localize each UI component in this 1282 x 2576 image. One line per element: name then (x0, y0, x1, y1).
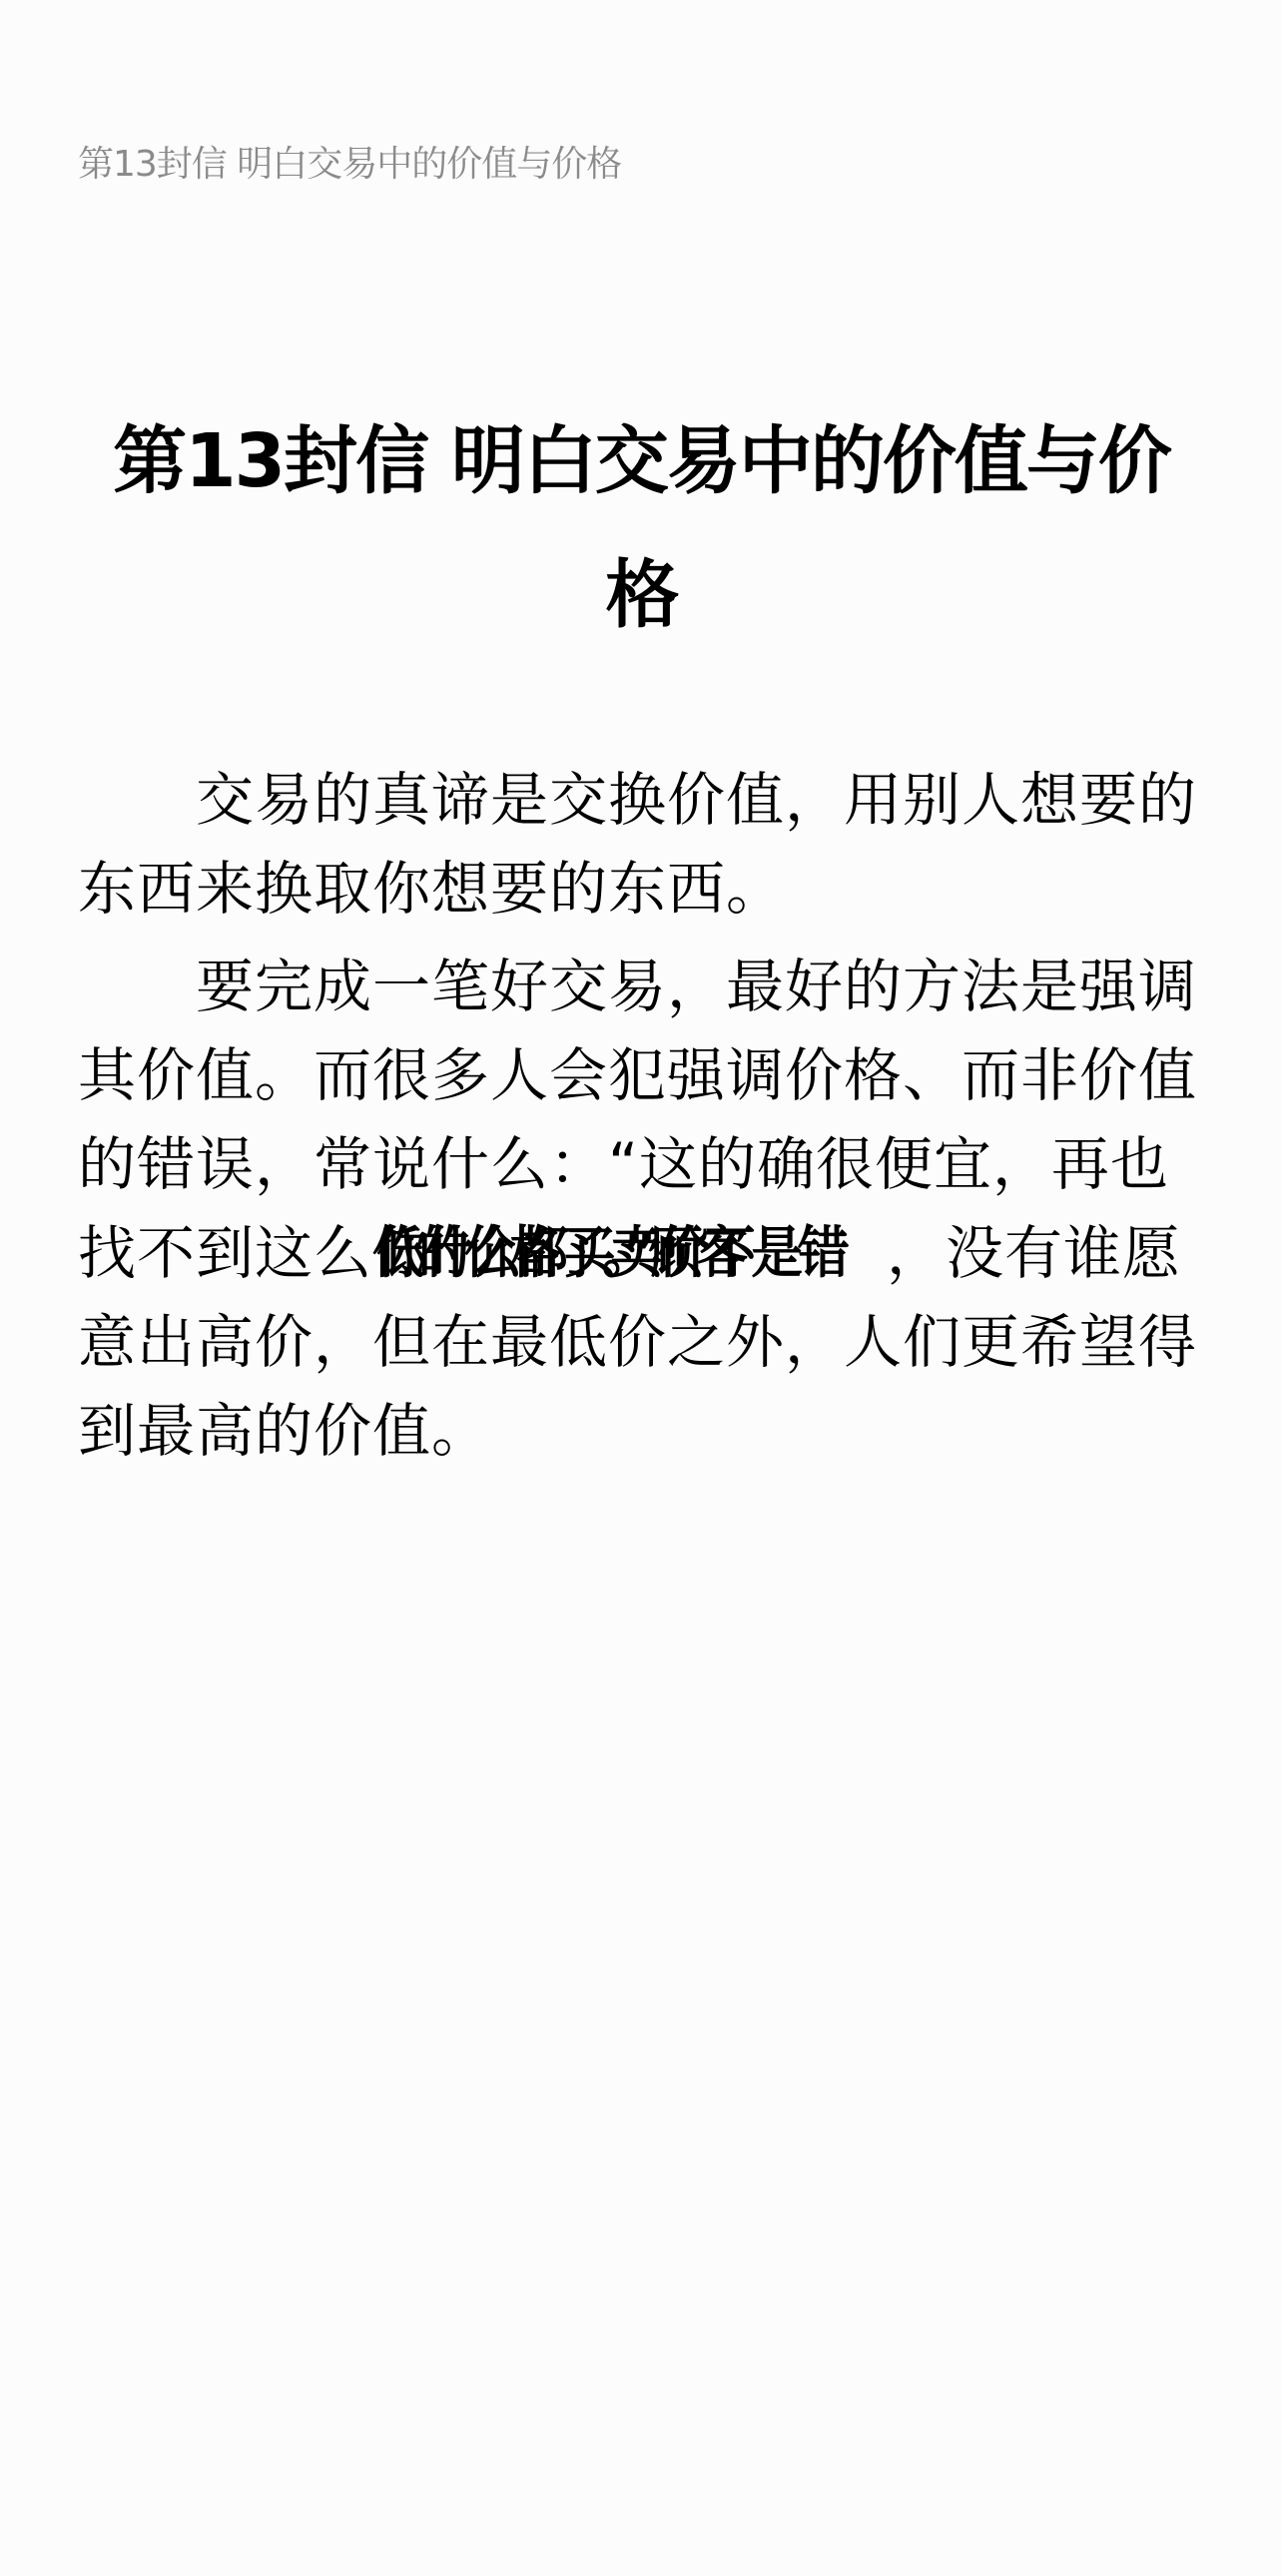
paragraph-1-line-1: 交易的真谛是交换价值，用别人想要的 (78, 756, 1197, 845)
paragraph-1-line-2: 东西来换取你想要的东西。 (78, 845, 785, 934)
overlapping-text-glitch: 低的价格了。”顾客你什么都买卖价不是错 (372, 1209, 887, 1298)
article-title: 第13封信 明白交易中的价值与价 格 (70, 394, 1213, 662)
overlap-prefix: 找不到这么 (78, 1219, 372, 1287)
paragraph-2-line-6: 到最高的价值。 (78, 1387, 490, 1476)
article-title-line-2: 格 (606, 552, 678, 638)
paragraph-2-line-1: 要完成一笔好交易，最好的方法是强调 (78, 943, 1197, 1031)
paragraph-2-line-2: 其价值。而很多人会犯强调价格、而非价值 (78, 1031, 1197, 1120)
paragraph-2-line-3: 的错误，常说什么：“这的确很便宜，再也 (78, 1120, 1169, 1209)
overlap-layer-b: 你什么都买卖价不是错 (376, 1209, 845, 1298)
article-title-line-1: 第13封信 明白交易中的价值与价 (113, 418, 1170, 504)
header-title: 第13封信 明白交易中的价值与价格 (78, 142, 621, 188)
overlap-suffix: ，没有谁愿 (887, 1219, 1181, 1287)
paragraph-2-line-5: 意出高价，但在最低价之外，人们更希望得 (78, 1298, 1197, 1387)
paragraph-2-line-4-overlapping: 找不到这么低的价格了。”顾客你什么都买卖价不是错，没有谁愿 (78, 1209, 1181, 1298)
